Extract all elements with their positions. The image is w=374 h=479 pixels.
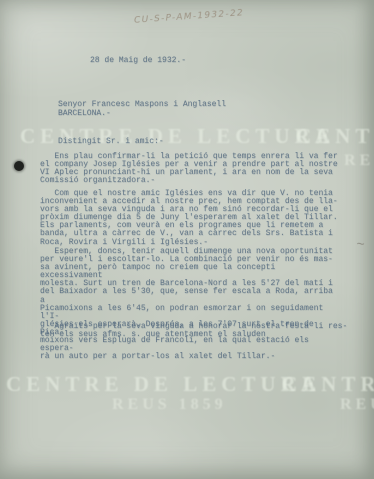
watermark-bottom-right: CENTRE D xyxy=(282,372,374,397)
recipient-name: Senyor Francesc Maspons i Anglasell xyxy=(58,101,226,109)
paragraph-1: Ens plau confirmar-li la petició que tem… xyxy=(40,153,342,185)
paragraph-2: Com que el nostre amic Iglésies ens va d… xyxy=(40,190,342,247)
paragraph-3: Esperem, doncs, tenir aquell diumenge un… xyxy=(40,248,342,361)
watermark-bottom-sub-right: REU xyxy=(340,396,374,414)
watermark-top-sub-right: REU xyxy=(344,152,374,170)
letter-scan: CENTRE DE LECTURA CENTRE D REU CENTRE DE… xyxy=(0,0,374,479)
watermark-bottom-left: CENTRE DE LECTURA xyxy=(6,372,321,397)
date-line: 28 de Maig de 1932.- xyxy=(90,57,186,65)
salutation: Distingit Sr. i amic:- xyxy=(58,138,164,146)
closing-paragraph: Agraïts per la seva vinguda a honorar la… xyxy=(40,323,350,339)
watermark-top-right: CENTRE D xyxy=(296,124,374,149)
recipient-city: BARCELONA.- xyxy=(58,110,111,118)
archive-code-annotation: CU-S-P-AM-1932-22 xyxy=(134,8,245,26)
hole-punch-mark xyxy=(14,161,24,171)
watermark-bottom-sub: REUS 1859 xyxy=(112,396,227,414)
margin-pencil-mark: ~ xyxy=(355,237,366,251)
